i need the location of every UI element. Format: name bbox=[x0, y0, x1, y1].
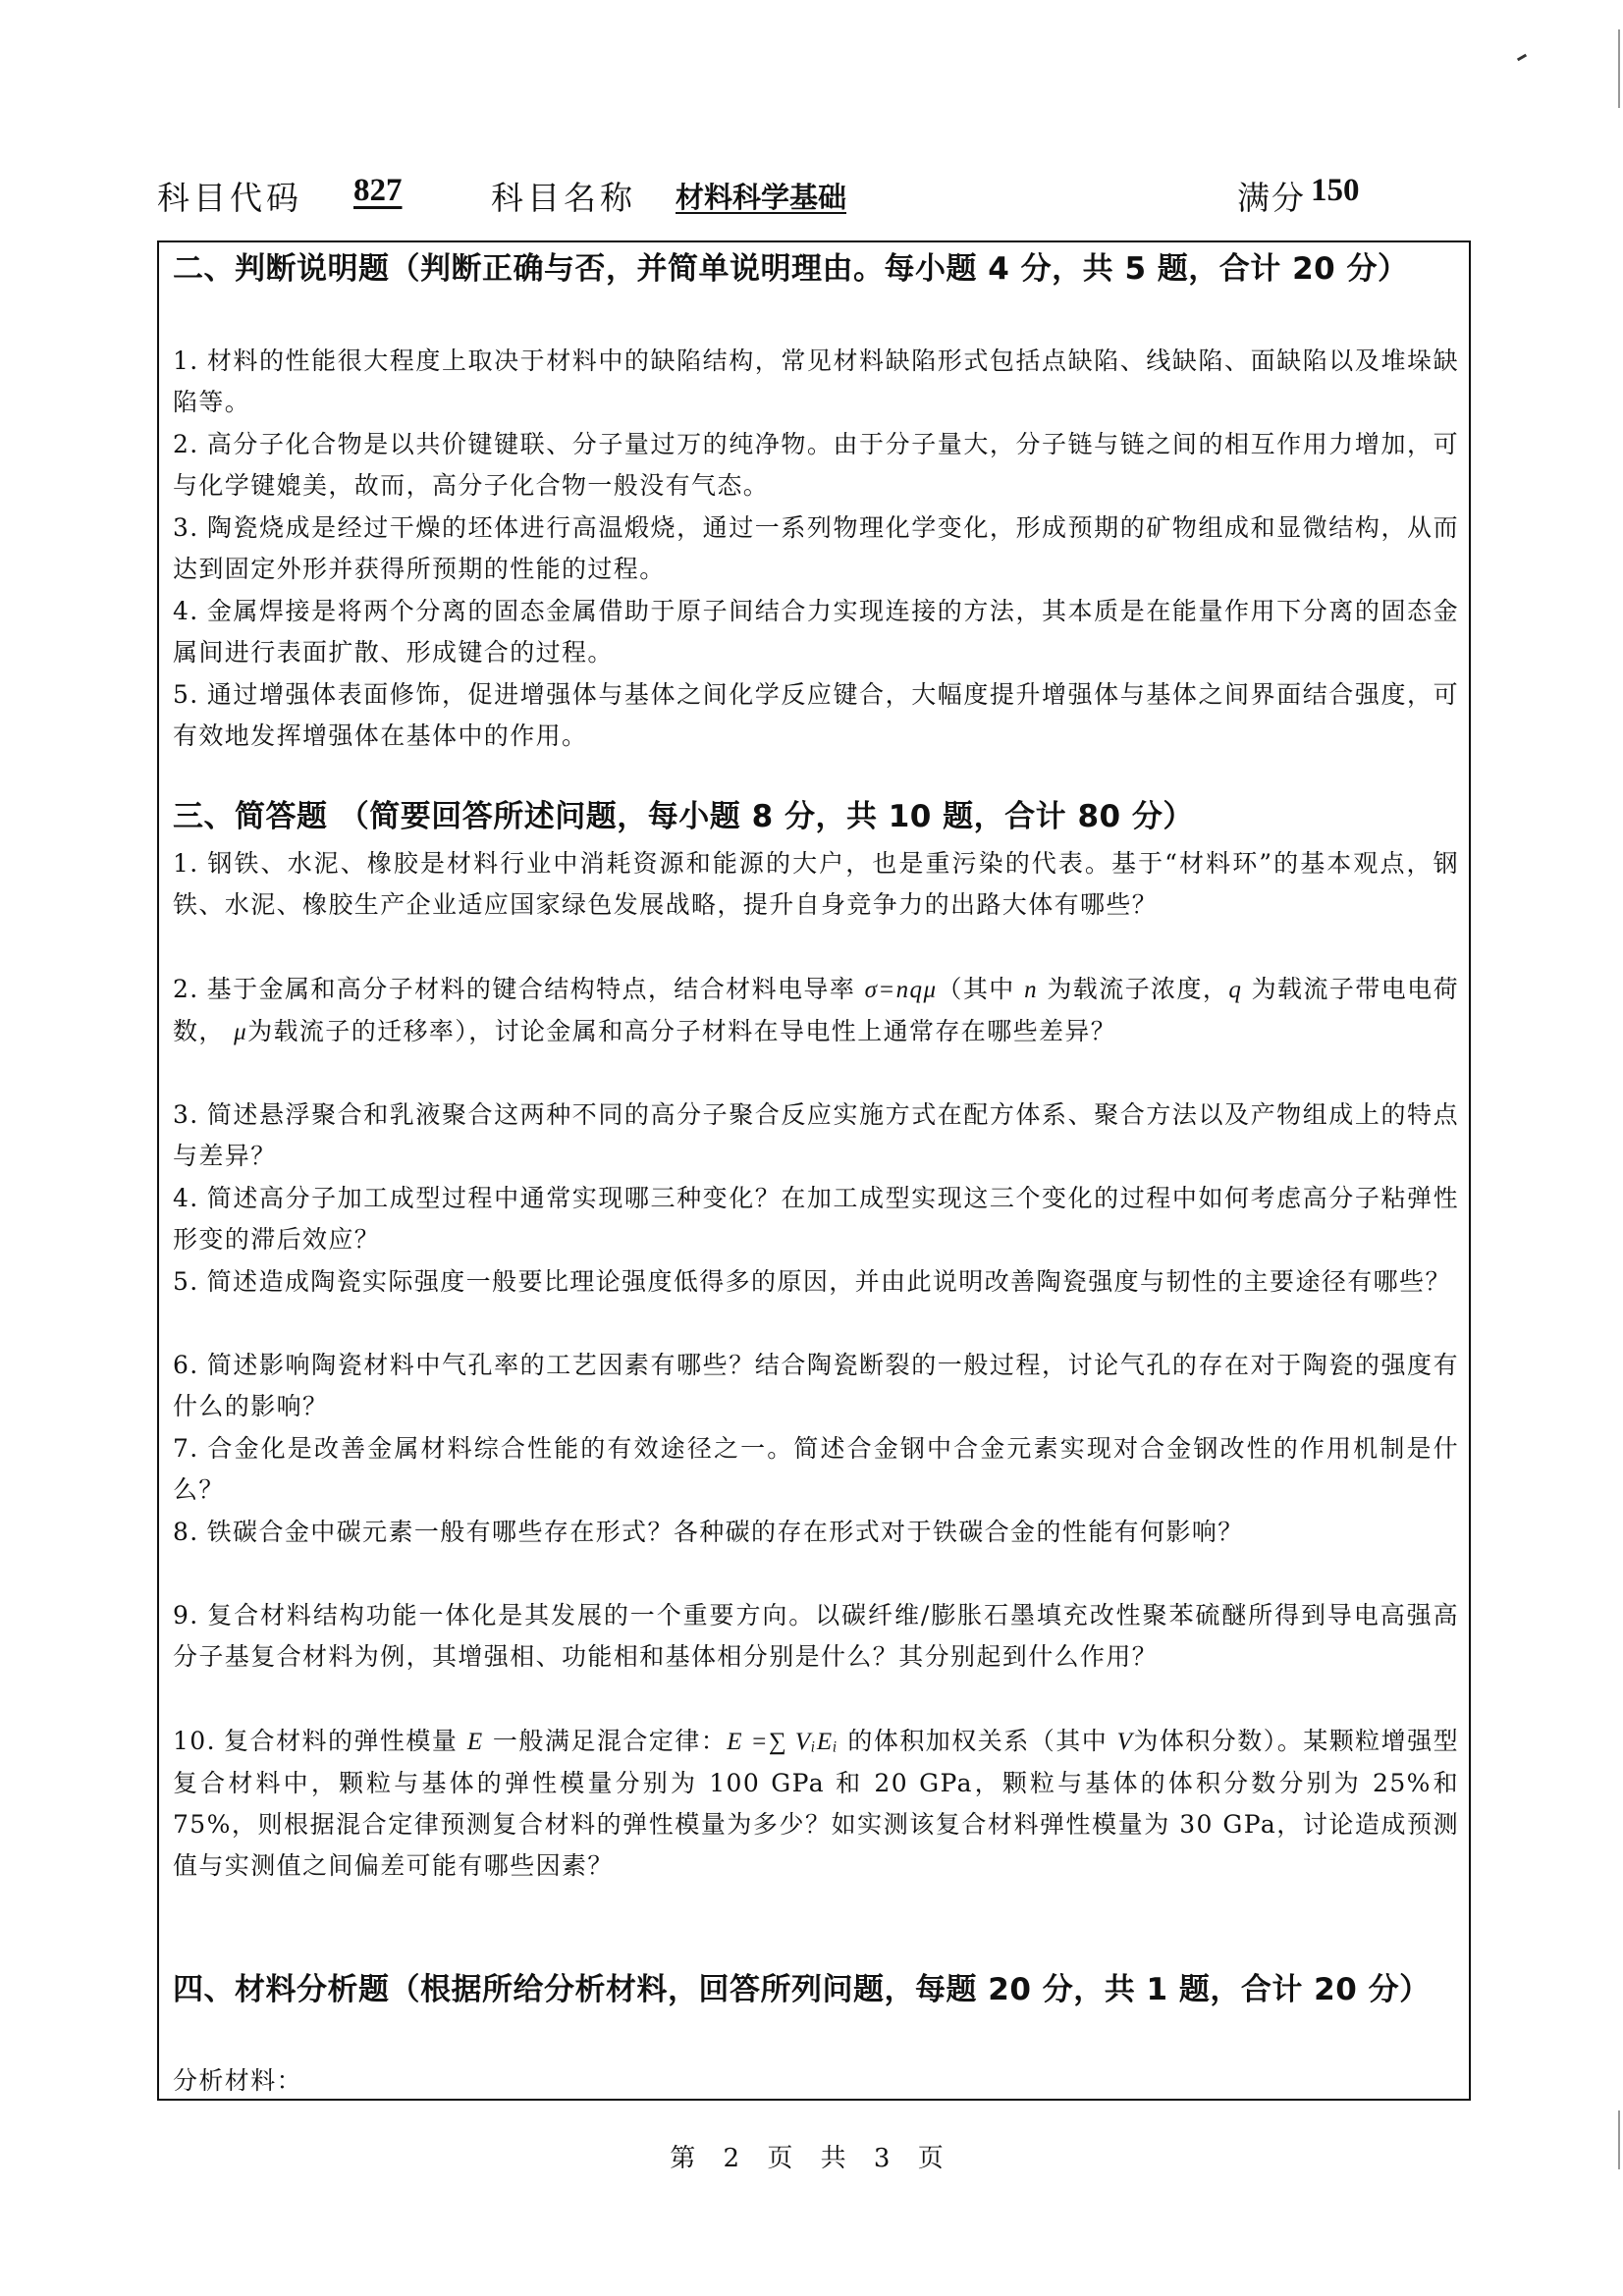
variable-mu: μ bbox=[234, 1019, 247, 1045]
section-2-question-1: 1.材料的性能很大程度上取决于材料中的缺陷结构，常见材料缺陷形式包括点缺陷、线缺… bbox=[173, 341, 1459, 423]
question-text: 金属焊接是将两个分离的固态金属借助于原子间结合力实现连接的方法，其本质是在能量作… bbox=[173, 597, 1459, 667]
subject-name-value: 材料科学基础 bbox=[676, 176, 846, 216]
question-number: 2. bbox=[173, 975, 199, 1003]
question-number: 8. bbox=[173, 1518, 199, 1546]
subject-code-value: 827 bbox=[353, 173, 403, 209]
section-2-question-2: 2.高分子化合物是以共价键键联、分子量过万的纯净物。由于分子量大，分子链与链之间… bbox=[173, 424, 1459, 507]
question-text: 一般满足混合定律： bbox=[483, 1727, 727, 1755]
mixture-rule-formula: E =∑ VᵢEᵢ bbox=[727, 1729, 839, 1755]
question-text: 简述造成陶瓷实际强度一般要比理论强度低得多的原因，并由此说明改善陶瓷强度与韧性的… bbox=[207, 1267, 1451, 1296]
section-3-title: 三、简答题 （简要回答所述问题，每小题 8 分，共 10 题，合计 80 分） bbox=[173, 792, 1459, 841]
full-score-label: 满分 bbox=[1237, 173, 1306, 219]
question-number: 7. bbox=[173, 1434, 199, 1463]
section-3-question-1: 1.钢铁、水泥、橡胶是材料行业中消耗资源和能源的大户，也是重污染的代表。基于“材… bbox=[173, 843, 1459, 926]
variable-E: E bbox=[467, 1729, 484, 1755]
section-4-title: 四、材料分析题（根据所给分析材料，回答所列问题，每题 20 分，共 1 题，合计… bbox=[173, 1965, 1459, 2014]
question-text: 铁碳合金中碳元素一般有哪些存在形式？各种碳的存在形式对于铁碳合金的性能有何影响？ bbox=[207, 1518, 1244, 1546]
full-score-value: 150 bbox=[1311, 173, 1360, 209]
question-text: 复合材料的弹性模量 bbox=[224, 1727, 467, 1755]
section-3-question-2: 2.基于金属和高分子材料的键合结构特点，结合材料电导率 σ=nqμ（其中 n 为… bbox=[173, 969, 1459, 1053]
question-number: 3. bbox=[173, 513, 199, 542]
question-text: 材料的性能很大程度上取决于材料中的缺陷结构，常见材料缺陷形式包括点缺陷、线缺陷、… bbox=[173, 347, 1459, 416]
question-text: 为载流子浓度， bbox=[1038, 975, 1228, 1003]
exam-header: 科目代码 827 科目名称 材料科学基础 满分 150 bbox=[157, 167, 1473, 226]
question-text: 为载流子的迁移率），讨论金属和高分子材料在导电性上通常存在哪些差异？ bbox=[247, 1017, 1116, 1045]
question-number: 2. bbox=[173, 430, 199, 458]
subject-code-label: 科目代码 bbox=[157, 173, 302, 219]
section-2-question-5: 5.通过增强体表面修饰，促进增强体与基体之间化学反应键合，大幅度提升增强体与基体… bbox=[173, 674, 1459, 757]
section-3-question-7: 7.合金化是改善金属材料综合性能的有效途径之一。简述合金钢中合金元素实现对合金钢… bbox=[173, 1428, 1459, 1511]
section-3-question-4: 4.简述高分子加工成型过程中通常实现哪三种变化？在加工成型实现这三个变化的过程中… bbox=[173, 1178, 1459, 1260]
question-text: 复合材料结构功能一体化是其发展的一个重要方向。以碳纤维/膨胀石墨填充改性聚苯硫醚… bbox=[173, 1601, 1459, 1671]
question-text: 陶瓷烧成是经过干燥的坯体进行高温煅烧，通过一系列物理化学变化，形成预期的矿物组成… bbox=[173, 513, 1459, 583]
question-number: 5. bbox=[173, 680, 199, 709]
question-number: 3. bbox=[173, 1100, 199, 1129]
section-3-question-9: 9.复合材料结构功能一体化是其发展的一个重要方向。以碳纤维/膨胀石墨填充改性聚苯… bbox=[173, 1595, 1459, 1678]
question-text: （其中 bbox=[937, 975, 1024, 1003]
page-number: 第 2 页 共 3 页 bbox=[0, 2138, 1623, 2174]
section-2-question-3: 3.陶瓷烧成是经过干燥的坯体进行高温煅烧，通过一系列物理化学变化，形成预期的矿物… bbox=[173, 507, 1459, 590]
question-text: 简述高分子加工成型过程中通常实现哪三种变化？在加工成型实现这三个变化的过程中如何… bbox=[173, 1184, 1459, 1254]
question-text: 简述悬浮聚合和乳液聚合这两种不同的高分子聚合反应实施方式在配方体系、聚合方法以及… bbox=[173, 1100, 1459, 1170]
question-number: 4. bbox=[173, 1184, 199, 1212]
question-number: 1. bbox=[173, 347, 199, 375]
section-3-question-10: 10.复合材料的弹性模量 E 一般满足混合定律：E =∑ VᵢEᵢ 的体积加权关… bbox=[173, 1721, 1459, 1887]
section-3-question-6: 6.简述影响陶瓷材料中气孔率的工艺因素有哪些？结合陶瓷断裂的一般过程，讨论气孔的… bbox=[173, 1345, 1459, 1427]
variable-n: n bbox=[1024, 977, 1038, 1003]
scan-edge-artifact bbox=[1618, 29, 1620, 108]
conductivity-formula: σ=nqμ bbox=[865, 977, 938, 1003]
question-text: 简述影响陶瓷材料中气孔率的工艺因素有哪些？结合陶瓷断裂的一般过程，讨论气孔的存在… bbox=[173, 1351, 1459, 1420]
section-2-title: 二、判断说明题（判断正确与否，并简单说明理由。每小题 4 分，共 5 题，合计 … bbox=[173, 244, 1459, 294]
question-number: 9. bbox=[173, 1601, 199, 1629]
analysis-material-label: 分析材料： bbox=[173, 2060, 1459, 2102]
question-number: 10. bbox=[173, 1727, 216, 1755]
question-text: 的体积加权关系（其中 bbox=[839, 1727, 1117, 1755]
question-number: 5. bbox=[173, 1267, 199, 1296]
variable-q: q bbox=[1228, 977, 1242, 1003]
section-3-question-3: 3.简述悬浮聚合和乳液聚合这两种不同的高分子聚合反应实施方式在配方体系、聚合方法… bbox=[173, 1095, 1459, 1177]
variable-V: V bbox=[1117, 1729, 1134, 1755]
question-number: 1. bbox=[173, 849, 199, 878]
scan-artifact bbox=[1517, 54, 1527, 62]
section-2-question-4: 4.金属焊接是将两个分离的固态金属借助于原子间结合力实现连接的方法，其本质是在能… bbox=[173, 591, 1459, 673]
question-text: 高分子化合物是以共价键键联、分子量过万的纯净物。由于分子量大，分子链与链之间的相… bbox=[173, 430, 1459, 500]
question-text: 钢铁、水泥、橡胶是材料行业中消耗资源和能源的大户，也是重污染的代表。基于“材料环… bbox=[173, 849, 1459, 919]
section-3-question-5: 5.简述造成陶瓷实际强度一般要比理论强度低得多的原因，并由此说明改善陶瓷强度与韧… bbox=[173, 1261, 1459, 1303]
question-text: 通过增强体表面修饰，促进增强体与基体之间化学反应键合，大幅度提升增强体与基体之间… bbox=[173, 680, 1459, 750]
subject-name-label: 科目名称 bbox=[491, 173, 636, 219]
question-number: 4. bbox=[173, 597, 199, 625]
question-text: 合金化是改善金属材料综合性能的有效途径之一。简述合金钢中合金元素实现对合金钢改性… bbox=[173, 1434, 1459, 1504]
exam-content-box: 二、判断说明题（判断正确与否，并简单说明理由。每小题 4 分，共 5 题，合计 … bbox=[157, 240, 1471, 2101]
section-3-question-8: 8.铁碳合金中碳元素一般有哪些存在形式？各种碳的存在形式对于铁碳合金的性能有何影… bbox=[173, 1512, 1459, 1553]
question-number: 6. bbox=[173, 1351, 199, 1379]
question-text: 基于金属和高分子材料的键合结构特点，结合材料电导率 bbox=[207, 975, 865, 1003]
